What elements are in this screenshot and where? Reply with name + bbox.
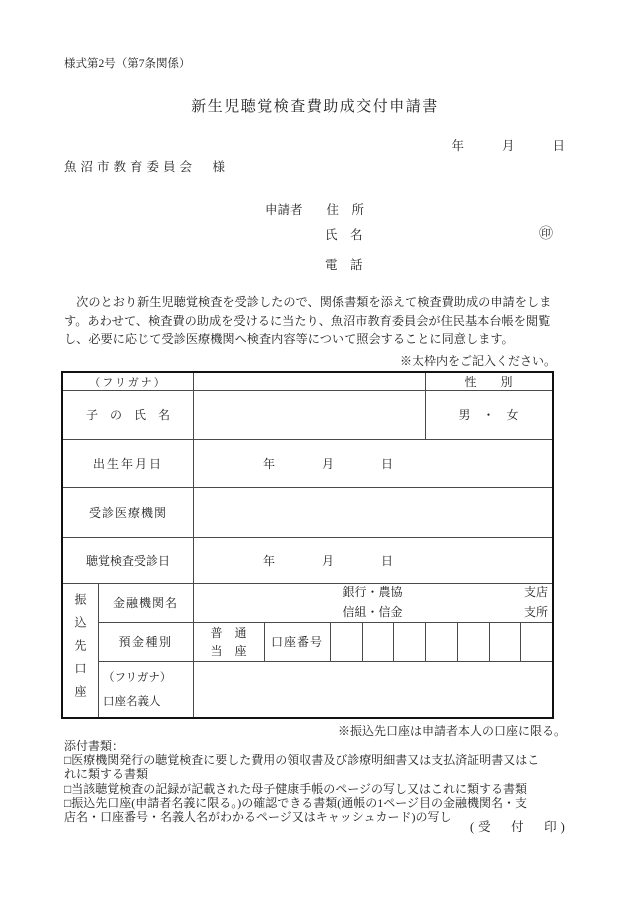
date-day-label: 日 (552, 136, 565, 154)
month-label: 月 (322, 552, 334, 569)
institution-type-row: 信組・信金 支所 (193, 603, 552, 623)
holder-name-input-area[interactable] (194, 662, 552, 717)
attachment-line-continuation: れに類する書類 (64, 767, 574, 781)
account-number-label: 口座番号 (264, 622, 330, 661)
paragraph-line: 次のとおり新生児聴覚検査を受診したので、関係書類を添えて検査費助成の申請をしま (64, 293, 569, 312)
institution-type-row: 銀行・農協 支店 (193, 583, 552, 603)
paragraph-line: す。あわせて、検査費の助成を受けるに当たり、魚沼市教育委員会が住民基本台帳を閲覧 (64, 312, 569, 331)
attachments-section: 添付書類： □医療機関発行の聴覚検査に要した費用の領収書及び診療明細書又は支払済… (64, 739, 574, 824)
applicant-phone-row: 電 話 (325, 255, 363, 273)
birth-date-input-area[interactable]: 年 月 日 (193, 439, 552, 487)
branch-label-line1: 支店 (524, 583, 548, 603)
name-input-area[interactable] (370, 223, 530, 243)
account-digit-cell[interactable] (363, 623, 393, 661)
child-furigana-input-area[interactable] (194, 373, 425, 390)
institution-name-input-area[interactable]: 銀行・農協 支店 信組・信金 支所 (193, 583, 552, 622)
application-date-field[interactable]: 年 月 日 (451, 136, 565, 154)
addressee: 魚沼市教育委員会 様 (64, 157, 229, 175)
sex-options[interactable]: 男 ・ 女 (425, 390, 552, 439)
paragraph-line: し、必要に応じて受診医療機関へ検査内容等について照会することに同意します。 (64, 330, 569, 349)
medical-institution-label: 受診医療機関 (63, 487, 193, 537)
deposit-type-options[interactable]: 普 通 当 座 (193, 622, 264, 661)
page-title: 新生児聴覚検査費助成交付申請書 (0, 95, 630, 116)
day-label: 日 (381, 552, 393, 569)
exam-date-label: 聴覚検査受診日 (63, 537, 193, 583)
institution-type-line2[interactable]: 信組・信金 (342, 605, 402, 619)
attachments-heading: 添付書類： (64, 739, 574, 753)
child-name-input-area[interactable] (194, 391, 425, 439)
note-account-restriction: ※振込先口座は申請者本人の口座に限る。 (338, 722, 566, 739)
deposit-option-ordinary[interactable]: 普 通 (210, 624, 246, 641)
date-month-label: 月 (502, 136, 515, 154)
attachment-checkbox-line[interactable]: □当該聴覚検査の記録が記載された母子健康手帳のページの写し又はこれに類する書類 (64, 782, 574, 796)
deposit-option-current[interactable]: 当 座 (210, 642, 246, 659)
sex-header-label: 性 別 (425, 373, 552, 390)
attachment-checkbox-line[interactable]: □医療機関発行の聴覚検査に要した費用の領収書及び診療明細書又は支払済証明書又はこ (64, 753, 574, 767)
applicant-name-row: 氏 名 (325, 225, 363, 243)
child-name-label: 子 の 氏 名 (63, 390, 193, 439)
holder-name-label: 口座名義人 (103, 693, 161, 709)
account-digit-cell[interactable] (458, 623, 489, 661)
birth-date-label: 出生年月日 (63, 439, 193, 487)
address-input-area[interactable] (370, 198, 530, 218)
institution-type-line1[interactable]: 銀行・農協 (342, 585, 402, 599)
attachment-checkbox-line[interactable]: □振込先口座(申請者名義に限る。)の確認できる書類(通帳の1ページ目の金融機関名… (64, 796, 574, 810)
month-label: 月 (322, 455, 334, 472)
account-digit-cell[interactable] (331, 623, 362, 661)
bank-account-section-label: 振込先口座 (63, 583, 98, 717)
name-label: 氏 名 (325, 225, 363, 243)
holder-labels: （フリガナ） 口座名義人 (98, 661, 193, 717)
address-label: 住 所 (327, 200, 365, 218)
applicant-label: 申請者 (265, 200, 303, 218)
application-table: （フリガナ） 性 別 子 の 氏 名 男 ・ 女 出生年月日 年 月 日 受診医… (61, 371, 554, 719)
reception-stamp-label: (受 付 印) (470, 817, 569, 835)
form-number: 様式第2号（第7条関係） (64, 55, 191, 71)
note-fill-bold-frame: ※太枠内をご記入ください。 (400, 352, 556, 369)
date-year-label: 年 (451, 136, 464, 154)
medical-institution-input-area[interactable] (194, 488, 552, 537)
holder-furigana-label: （フリガナ） (103, 669, 171, 685)
day-label: 日 (381, 455, 393, 472)
account-digit-cell[interactable] (490, 623, 520, 661)
account-digit-cell[interactable] (521, 623, 552, 661)
institution-name-label: 金融機関名 (98, 583, 193, 622)
child-furigana-label: （フリガナ） (63, 373, 193, 390)
deposit-type-label: 預金種別 (98, 622, 193, 661)
phone-input-area[interactable] (370, 253, 530, 273)
year-label: 年 (263, 455, 275, 472)
seal-mark-icon: ㊞ (539, 223, 553, 243)
account-digit-cell[interactable] (394, 623, 425, 661)
applicant-address-row: 申請者 住 所 (265, 200, 364, 218)
application-form-page: 様式第2号（第7条関係） 新生児聴覚検査費助成交付申請書 年 月 日 魚沼市教育… (0, 0, 630, 903)
phone-label: 電 話 (325, 255, 363, 273)
exam-date-input-area[interactable]: 年 月 日 (193, 537, 552, 583)
branch-label-line2: 支所 (524, 603, 548, 623)
consent-paragraph: 次のとおり新生児聴覚検査を受診したので、関係書類を添えて検査費助成の申請をしま … (64, 293, 569, 349)
year-label: 年 (263, 552, 275, 569)
account-digit-cell[interactable] (426, 623, 457, 661)
